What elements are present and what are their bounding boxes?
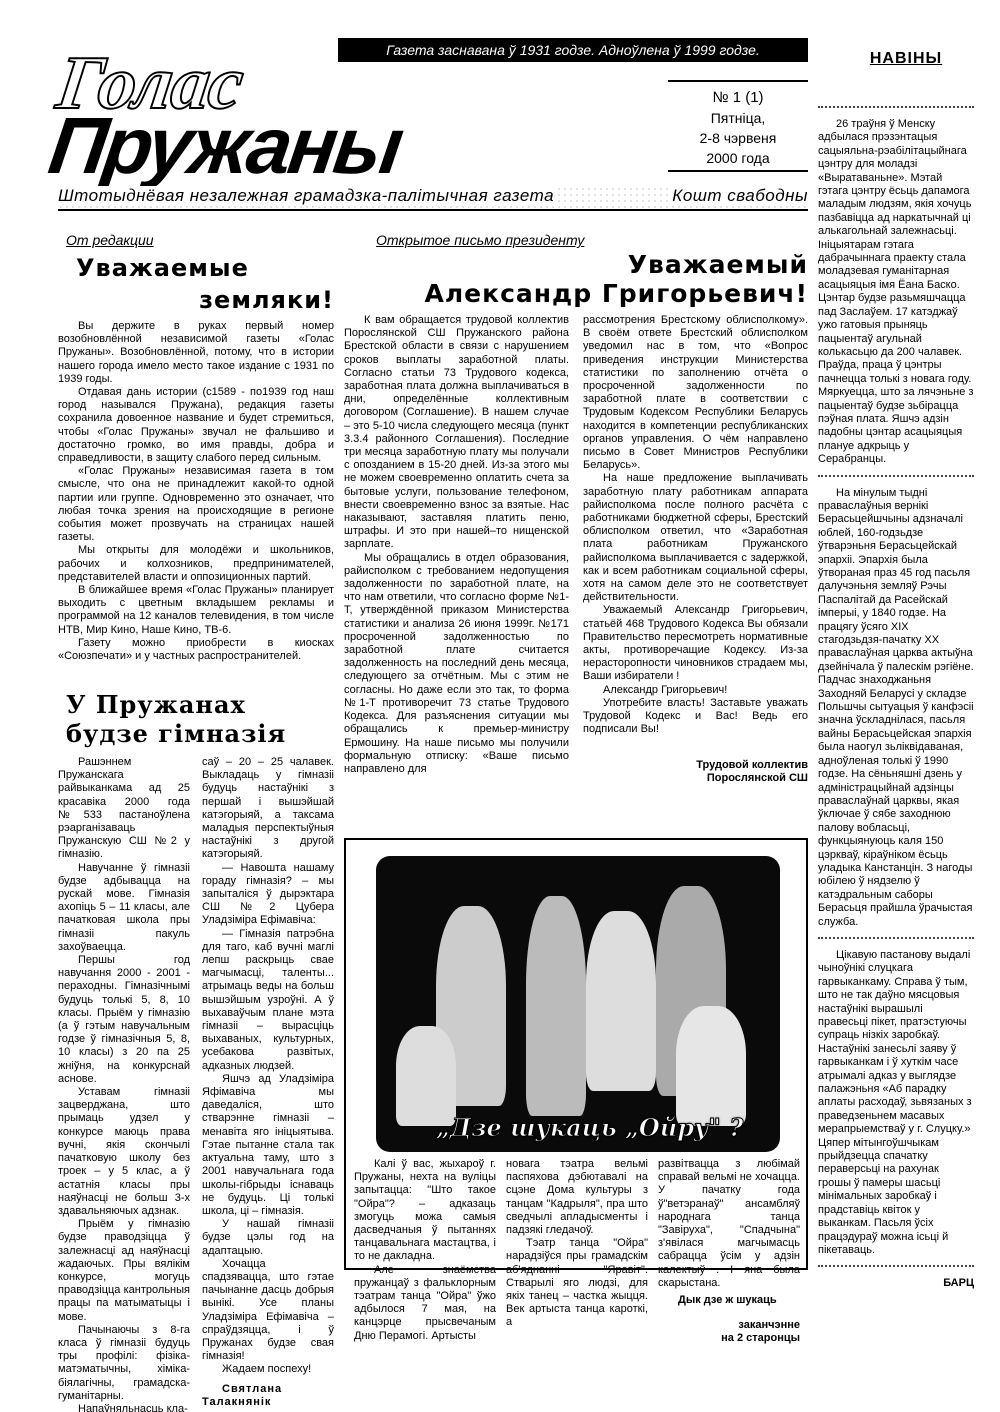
editorial-headline-line1: Уважаемые bbox=[76, 254, 334, 282]
editorial-body: Вы держите в руках первый номер возобнов… bbox=[58, 320, 334, 663]
paragraph: Першы год навучання 2000 - 2001 - перахо… bbox=[58, 954, 190, 1086]
paragraph: В ближайшее время «Голас Пружаны» планир… bbox=[58, 584, 334, 637]
open-letter-col1: К вам обращается трудовой коллектив Поро… bbox=[344, 314, 569, 785]
author-byline: Святлана Талакнянік bbox=[202, 1383, 334, 1409]
open-letter-headline-line2: Александр Григорьевич! bbox=[344, 279, 808, 308]
news-column: 26 траўня ў Менску адбылася прэзэнтацыя … bbox=[818, 98, 974, 1289]
issue-weekday: Пятніца, bbox=[668, 108, 808, 128]
oira-col2: новага тэатра вельмі паспяхова дэбютавал… bbox=[506, 1158, 648, 1346]
open-letter-headline-line1: Уважаемый bbox=[344, 250, 808, 279]
paragraph: Вы держите в руках первый номер возобнов… bbox=[58, 320, 334, 386]
paragraph: Рашэннем Пружанскага райвыканкама ад 25 … bbox=[58, 756, 190, 862]
gymnasium-article: У Пружанах будзе гімназія Рашэннем Пружа… bbox=[58, 690, 334, 1412]
news-item: Цікавую пастанову выдалі чыноўнікі слуцк… bbox=[818, 949, 974, 1257]
paragraph: У нашай гімназіі будзе цэлы год на адапт… bbox=[202, 1218, 334, 1258]
paragraph: Уважаемый Александр Григорьевич, статьёй… bbox=[583, 604, 808, 683]
continued-label: заканчэнне bbox=[658, 1319, 800, 1332]
editorial-headline-line2: земляки! bbox=[58, 286, 334, 314]
paragraph: — Гімназія патрэбна для таго, каб вучні … bbox=[202, 928, 334, 1073]
gymnasium-headline-line2: будзе гімназія bbox=[66, 719, 334, 748]
paragraph: Жадаем поспеху! bbox=[202, 1363, 334, 1376]
gymnasium-headline-line1: У Пружанах bbox=[66, 690, 334, 719]
oira-col1: Калі ў вас, жыхароў г. Пружаны, нехта на… bbox=[354, 1158, 496, 1346]
paragraph: развітвацца з любімай справай вельмі не … bbox=[658, 1158, 800, 1290]
news-item: На мінулым тыдні праваслаўныя вернікі Бе… bbox=[818, 487, 974, 929]
newspaper-title-line2: Пружаны bbox=[44, 100, 407, 192]
paragraph: Дык дзе ж шукаць bbox=[658, 1294, 800, 1307]
paragraph: Тэатр танца "Ойра" нарадзіўся пры грамад… bbox=[506, 1237, 648, 1329]
open-letter-signature: Трудовой коллектив Порослянской СШ bbox=[583, 759, 808, 785]
continued-page: на 2 старонцы bbox=[658, 1332, 800, 1345]
paragraph: Пачынаючы з 8-га класа ў гімназіі будуць… bbox=[58, 1324, 190, 1403]
paragraph: Отдавая дань истории (с1589 - по1939 год… bbox=[58, 386, 334, 465]
dotted-divider bbox=[818, 105, 974, 108]
dotted-divider bbox=[818, 474, 974, 477]
paragraph: рассмотрения Брестскому облисполкому». В… bbox=[583, 314, 808, 472]
dancer-figure bbox=[396, 1026, 456, 1126]
gymnasium-col2: саў – 20 – 25 чалавек. Выкладаць у гімна… bbox=[202, 756, 334, 1412]
paragraph: Прыём у гімназію будзе праводзіцца ў зал… bbox=[58, 1218, 190, 1324]
signature-line1: Трудовой коллектив bbox=[583, 759, 808, 772]
paragraph: На наше предложение выплачивать заработн… bbox=[583, 472, 808, 604]
continued-notice[interactable]: заканчэнне на 2 старонцы bbox=[658, 1319, 800, 1345]
issue-info: № 1 (1) Пятніца, 2-8 чэрвеня 2000 года bbox=[668, 80, 808, 172]
editorial-rubric: От редакции bbox=[66, 232, 334, 248]
issue-year: 2000 года bbox=[668, 148, 808, 168]
folk-dance-photo: „Дзе шукаць „Ойру" ? bbox=[376, 856, 780, 1152]
dancer-figure bbox=[586, 911, 656, 1091]
editorial-article: От редакции Уважаемые земляки! Вы держит… bbox=[58, 232, 334, 663]
paragraph: К вам обращается трудовой коллектив Поро… bbox=[344, 314, 569, 552]
dotted-divider bbox=[818, 1264, 974, 1267]
paragraph: Уставам гімназіі зацверджана, што прымац… bbox=[58, 1086, 190, 1218]
oira-article: „Дзе шукаць „Ойру" ? Калі ў вас, жыхароў… bbox=[344, 838, 808, 1270]
dancer-figure bbox=[526, 896, 586, 1116]
issue-dates: 2-8 чэрвеня bbox=[668, 128, 808, 148]
signature-line2: Порослянской СШ bbox=[583, 772, 808, 785]
paragraph: Калі ў вас, жыхароў г. Пружаны, нехта на… bbox=[354, 1158, 496, 1264]
dotted-divider bbox=[818, 936, 974, 939]
price-label: Кошт свабодны bbox=[672, 186, 808, 206]
open-letter-article: Открытое письмо президенту Уважаемый Але… bbox=[344, 232, 808, 785]
paragraph: новага тэатра вельмі паспяхова дэбютавал… bbox=[506, 1158, 648, 1237]
open-letter-rubric: Открытое письмо президенту bbox=[376, 232, 808, 248]
paragraph: Навучанне ў гімназіі будзе адбывацца на … bbox=[58, 862, 190, 954]
paragraph: Газету можно приобрести в киосках «Союзп… bbox=[58, 637, 334, 663]
paragraph: Але знаёмства пружанцаў з фальклорным тэ… bbox=[354, 1264, 496, 1343]
newspaper-subtitle: Штотыднёвая незалежная грамадзка-палітыч… bbox=[58, 186, 554, 206]
open-letter-col2: рассмотрения Брестскому облисполкому». В… bbox=[583, 314, 808, 785]
issue-number: № 1 (1) bbox=[668, 88, 808, 108]
paragraph: Мы открыты для молодёжи и школьников, ра… bbox=[58, 544, 334, 584]
photo-caption: „Дзе шукаць „Ойру" ? bbox=[436, 1113, 743, 1142]
paragraph: Употребите власть! Заставьте уважать Тру… bbox=[583, 697, 808, 737]
news-section-heading: НАВІНЫ bbox=[820, 50, 992, 68]
paragraph: Напаўняльнасць кла- bbox=[58, 1403, 190, 1412]
paragraph: Александр Григорьевич! bbox=[583, 684, 808, 697]
founding-tagline: Газета заснавана ў 1931 годзе. Адноўлена… bbox=[338, 38, 808, 62]
news-item: 26 траўня ў Менску адбылася прэзэнтацыя … bbox=[818, 118, 974, 467]
oira-col3: развітвацца з любімай справай вельмі не … bbox=[658, 1158, 800, 1346]
paragraph: — Навошта нашаму гораду гімназія? – мы з… bbox=[202, 862, 334, 928]
paragraph: Хочацца спадзявацца, што гэтае пачынанне… bbox=[202, 1258, 334, 1364]
news-signature: БАРЦ bbox=[818, 1277, 974, 1289]
gymnasium-col1: Рашэннем Пружанскага райвыканкама ад 25 … bbox=[58, 756, 190, 1412]
paragraph: Мы обращались в отдел образования, райис… bbox=[344, 552, 569, 776]
paragraph: «Голас Пружаны» независимая газета в том… bbox=[58, 465, 334, 544]
paragraph: Яшчэ ад Уладзіміра Яфімавіча мы даведалі… bbox=[202, 1073, 334, 1218]
masthead-subtitle-bar: Штотыднёвая незалежная грамадзка-палітыч… bbox=[58, 186, 808, 211]
dancer-figure bbox=[676, 1006, 746, 1126]
paragraph: саў – 20 – 25 чалавек. Выкладаць у гімна… bbox=[202, 756, 334, 862]
